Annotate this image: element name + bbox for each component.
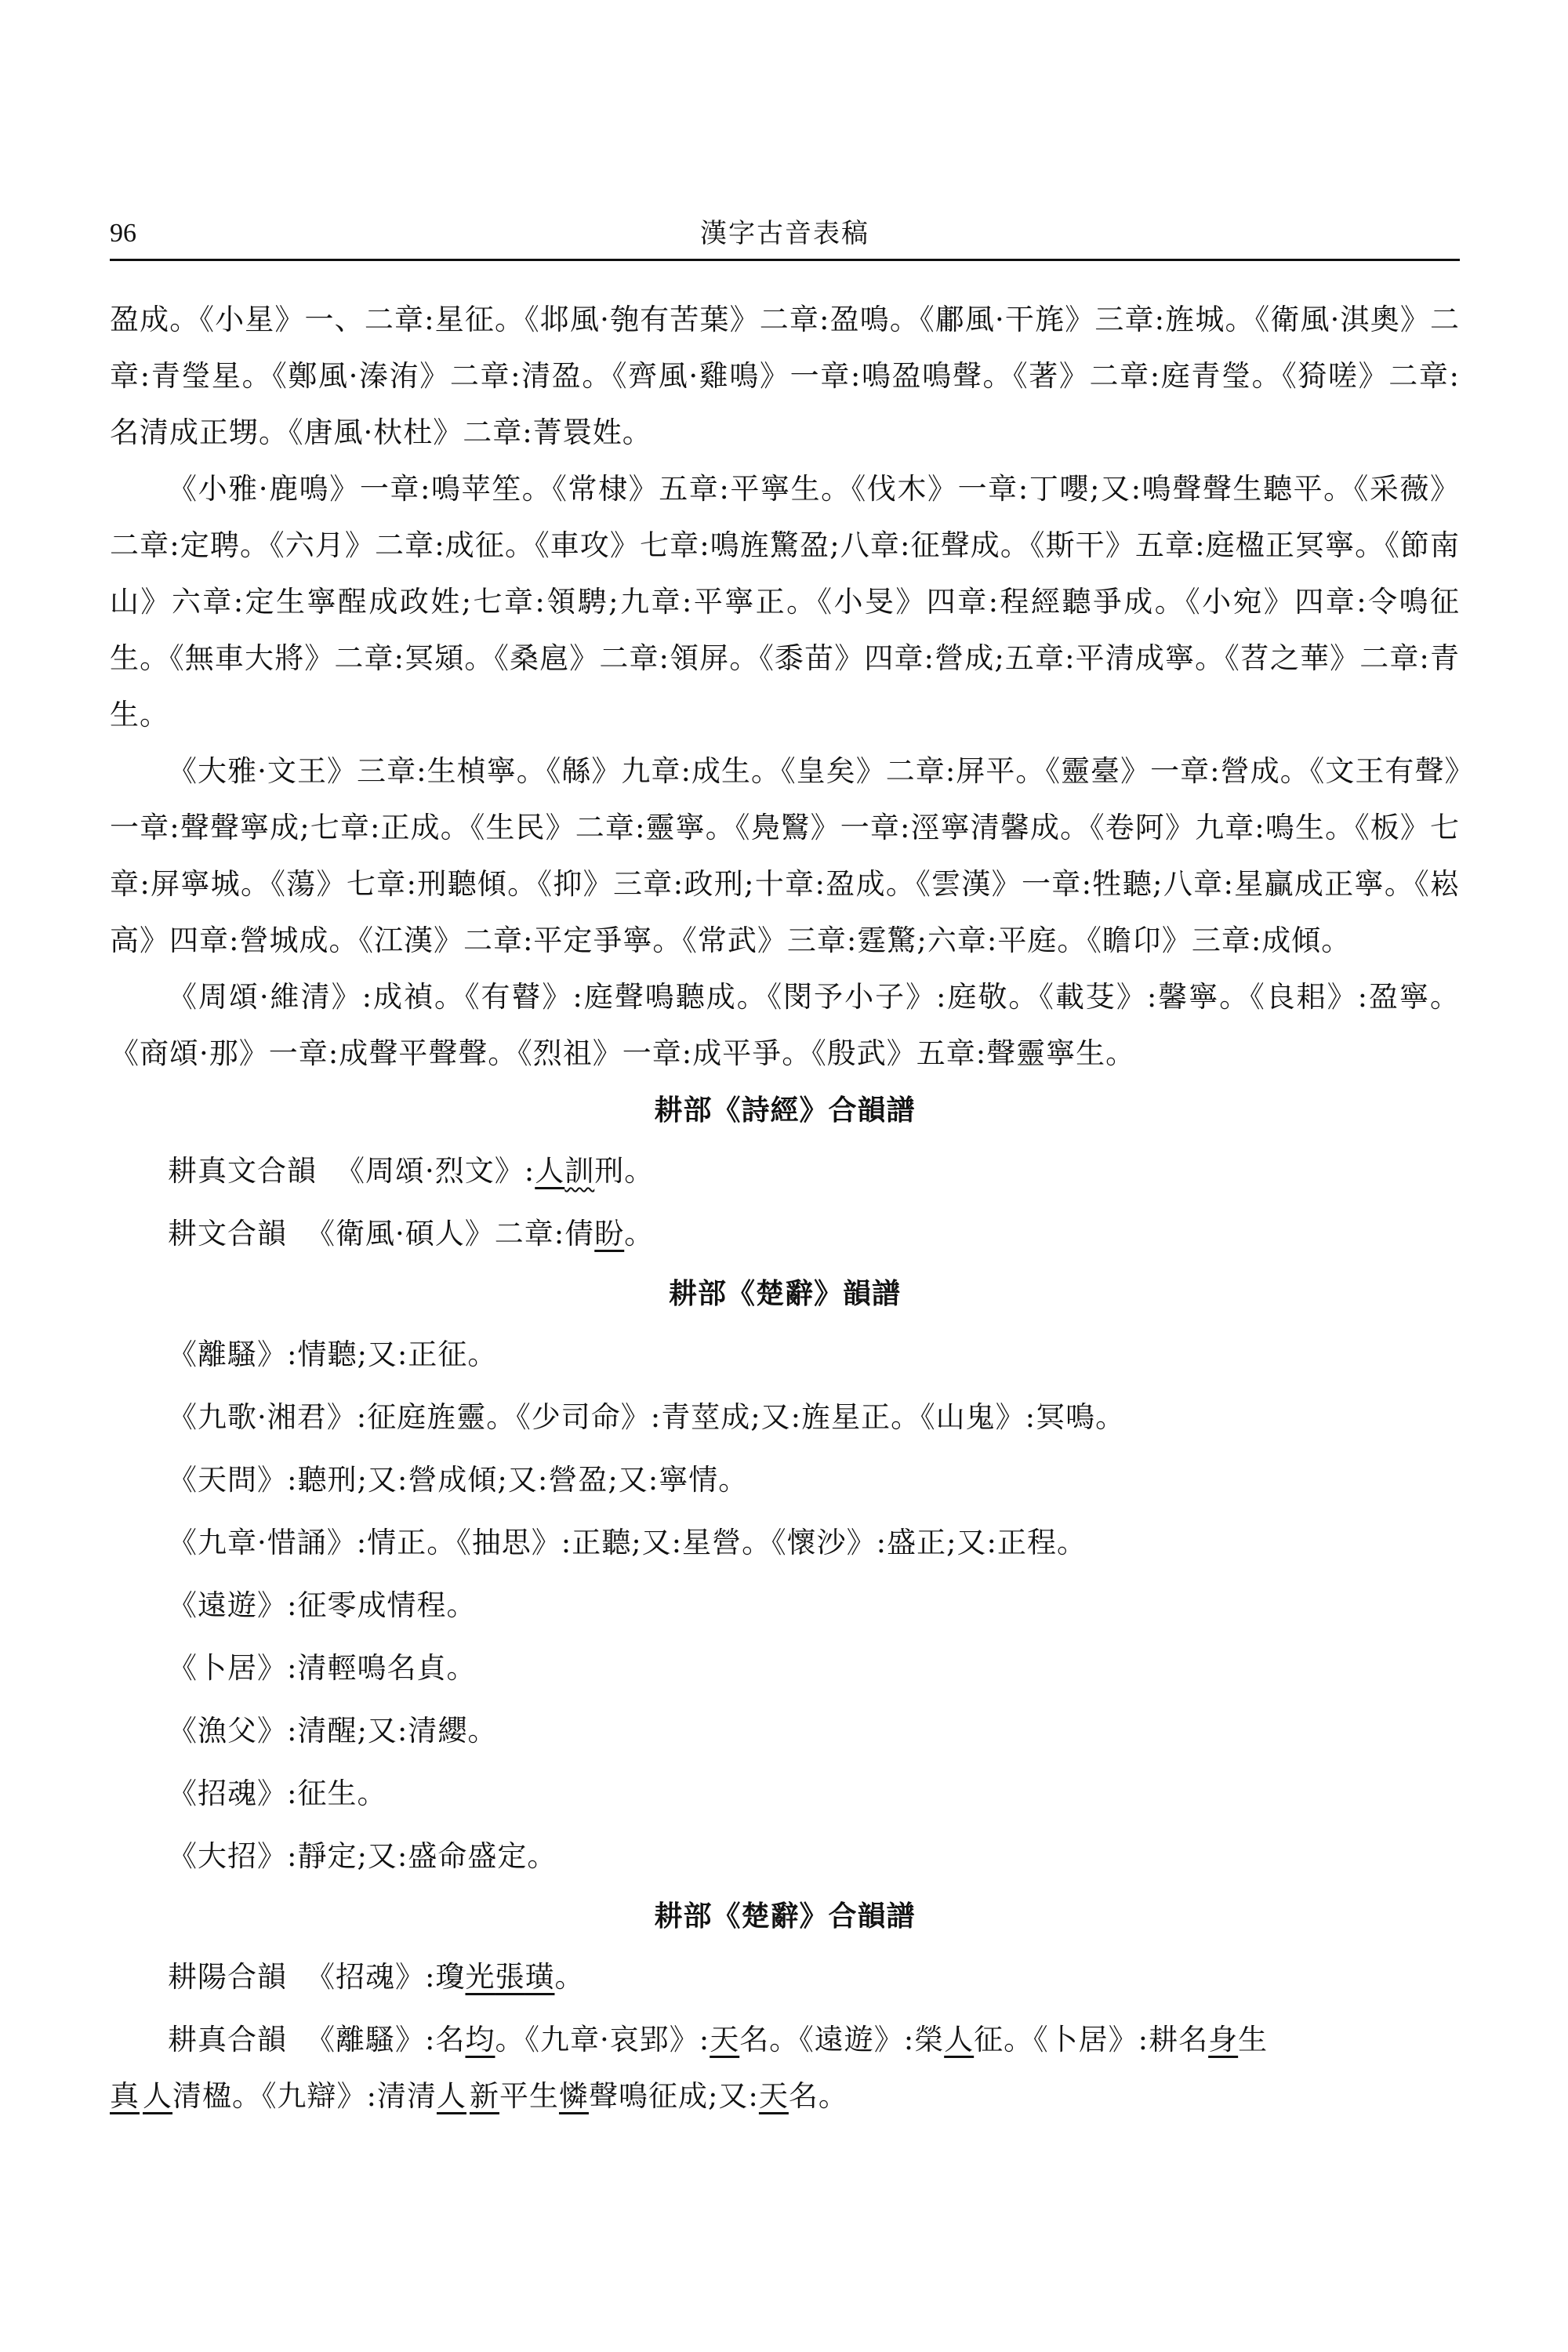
segment: 聲鳴征成;又:: [589, 2079, 759, 2113]
chuci-line: 《九歌·湘君》:征庭旌靈。《少司命》:青莖成;又:旌星正。《山鬼》:冥鳴。: [110, 1386, 1460, 1449]
segment-underlined: 天: [759, 2079, 789, 2113]
segment: 名。: [789, 2079, 848, 2113]
section-heading-chuci-heyun: 耕部《楚辭》合韻譜: [110, 1888, 1460, 1946]
chuci-line: 《九章·惜誦》:情正。《抽思》:正聽;又:星營。《懷沙》:盛正;又:正程。: [110, 1512, 1460, 1574]
rhyme-char-underlined: 盼: [594, 1217, 624, 1250]
rhyme-char: 倩: [564, 1217, 594, 1250]
segment: 平生: [499, 2079, 559, 2113]
heyun-label: 耕真文合韻: [168, 1140, 317, 1203]
heyun-label: 耕文合韻: [168, 1203, 287, 1265]
segment-underlined: 人: [944, 2023, 974, 2056]
heyun-label: 耕陽合韻: [168, 1946, 287, 2009]
punctuation: 。: [554, 1960, 584, 1994]
chuci-line: 《遠遊》:征零成情程。: [110, 1574, 1460, 1637]
segment: 征。《卜居》:耕名: [974, 2023, 1208, 2056]
paragraph-daya: 《大雅·文王》三章:生楨寧。《緜》九章:成生。《皇矣》二章:屏平。《靈臺》一章:…: [110, 743, 1460, 969]
segment: 生: [1238, 2023, 1268, 2056]
segment-underlined: 新: [470, 2079, 499, 2113]
heyun-entry: 耕真文合韻《周頌·烈文》:人訓刑。: [110, 1140, 1460, 1203]
heyun-entry: 耕文合韻《衛風·碩人》二章:倩盼。: [110, 1203, 1460, 1265]
punctuation: 。: [624, 1217, 654, 1250]
chuci-line: 《卜居》:清輕鳴名貞。: [110, 1637, 1460, 1700]
segment-underlined: 均: [465, 2023, 495, 2056]
segment-underlined: 身: [1208, 2023, 1238, 2056]
poem-source: 《衛風·碩人》二章:: [306, 1217, 564, 1250]
rhyme-char-wavy: 訓: [564, 1154, 594, 1188]
segment: 《離騷》:名: [306, 2023, 465, 2056]
paragraph-guofeng-continued: 盈成。《小星》一、二章:星征。《邶風·匏有苦葉》二章:盈鳴。《鄘風·干旄》三章:…: [110, 292, 1460, 461]
rhyme-char-underlined: 璜: [524, 1960, 554, 1994]
rhyme-char-underlined: 張: [495, 1960, 524, 1994]
section-heading-chuci: 耕部《楚辭》韻譜: [110, 1265, 1460, 1323]
rhyme-char-underlined: 人: [535, 1154, 564, 1188]
chuci-line: 《離騷》:情聽;又:正征。: [110, 1323, 1460, 1386]
segment-underlined: 人: [143, 2079, 172, 2113]
segment: 清楹。《九辯》:清清: [172, 2079, 437, 2113]
poem-source: 《招魂》:: [306, 1960, 435, 1994]
rhyme-char-underlined: 光: [465, 1960, 495, 1994]
heyun-entry-continuation: 真人清楹。《九辯》:清清人新平生憐聲鳴征成;又:天名。: [110, 2068, 1460, 2125]
chuci-line: 《天問》:聽刑;又:營成傾;又:營盈;又:寧情。: [110, 1449, 1460, 1512]
heyun-entry: 耕真合韻《離騷》:名均。《九章·哀郢》:天名。《遠遊》:榮人征。《卜居》:耕名身…: [110, 2012, 1460, 2068]
running-title: 漢字古音表稿: [110, 213, 1460, 254]
heyun-entry: 耕陽合韻《招魂》:瓊光張璜。: [110, 1946, 1460, 2009]
segment-underlined: 天: [710, 2023, 739, 2056]
page-body: 盈成。《小星》一、二章:星征。《邶風·匏有苦葉》二章:盈鳴。《鄘風·干旄》三章:…: [110, 292, 1460, 2125]
segment-underlined: 人: [437, 2079, 466, 2113]
heyun-label: 耕真合韻: [168, 2012, 287, 2068]
rhyme-char: 瓊: [435, 1960, 465, 1994]
segment: 。《九章·哀郢》:: [495, 2023, 710, 2056]
segment-underlined: 憐: [559, 2079, 589, 2113]
segment-underlined: 真: [110, 2079, 140, 2113]
chuci-line: 《大招》:靜定;又:盛命盛定。: [110, 1825, 1460, 1888]
punctuation: 。: [624, 1154, 654, 1188]
segment: 名。《遠遊》:榮: [739, 2023, 944, 2056]
rhyme-char: 刑: [594, 1154, 624, 1188]
header-rule: [110, 259, 1460, 261]
section-heading-shijing-heyun: 耕部《詩經》合韻譜: [110, 1082, 1460, 1140]
chuci-line: 《招魂》:征生。: [110, 1762, 1460, 1825]
paragraph-xiaoya: 《小雅·鹿鳴》一章:鳴苹笙。《常棣》五章:平寧生。《伐木》一章:丁嚶;又:鳴聲聲…: [110, 461, 1460, 743]
page-header: 96 漢字古音表稿: [110, 213, 1460, 254]
chuci-line: 《漁父》:清醒;又:清纓。: [110, 1700, 1460, 1762]
poem-source: 《周頌·烈文》:: [336, 1154, 535, 1188]
paragraph-song: 《周頌·維清》:成禎。《有瞽》:庭聲鳴聽成。《閔予小子》:庭敬。《載芟》:馨寧。…: [110, 969, 1460, 1082]
